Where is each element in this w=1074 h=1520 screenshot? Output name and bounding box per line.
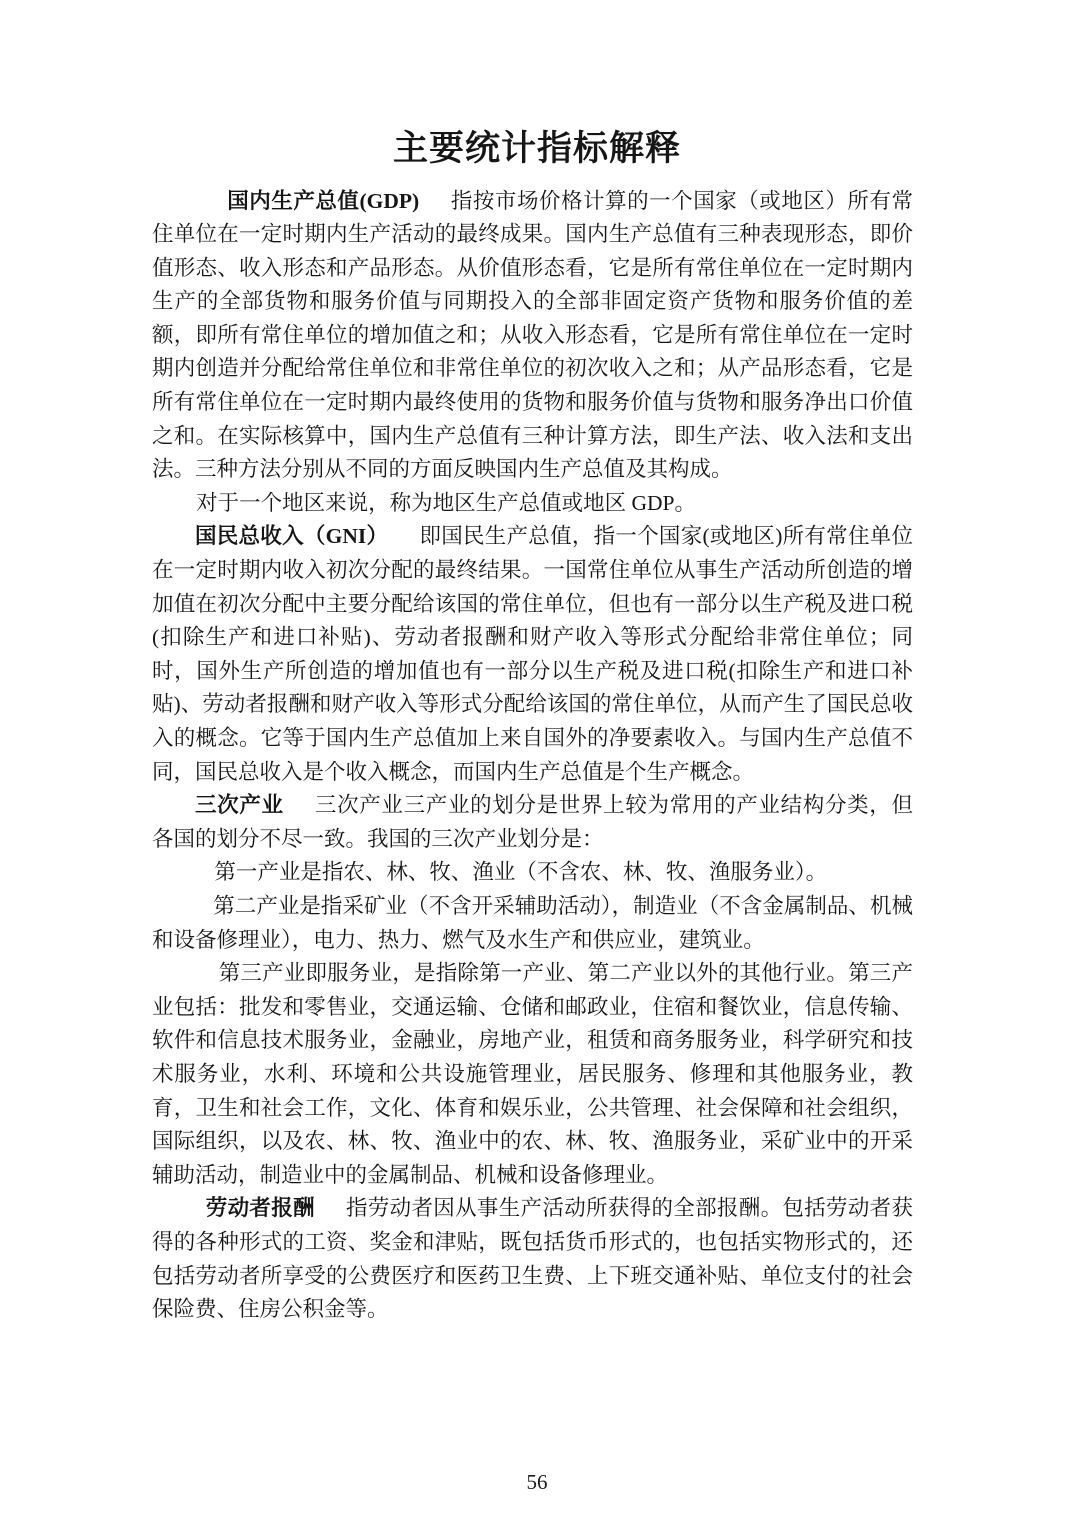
- document-body: 国内生产总值(GDP)指按市场价格计算的一个国家（或地区）所有常住单位在一定时期…: [0, 185, 1074, 1327]
- paragraph-text: 指按市场价格计算的一个国家（或地区）所有常住单位在一定时期内生产活动的最终成果。…: [152, 189, 913, 482]
- term-gni: 国民总收入（GNI）: [195, 524, 388, 548]
- paragraph-secondary-industry: 第二产业是指采矿业（不含开采辅助活动），制造业（不含金属制品、机械和设备修理业）…: [152, 890, 913, 957]
- paragraph-text: 第二产业是指采矿业（不含开采辅助活动），制造业（不含金属制品、机械和设备修理业）…: [152, 894, 913, 952]
- term-gdp: 国内生产总值(GDP): [227, 189, 419, 213]
- term-three-industries: 三次产业: [195, 793, 284, 817]
- paragraph-three-industries: 三次产业三次产业三产业的划分是世界上较为常用的产业结构分类，但各国的划分不尽一致…: [152, 789, 913, 856]
- page-title: 主要统计指标解释: [0, 0, 1074, 172]
- page-number: 56: [0, 1470, 1074, 1495]
- paragraph-text: 第三产业即服务业，是指除第一产业、第二产业以外的其他行业。第三产业包括：批发和零…: [152, 961, 913, 1187]
- paragraph-labor-compensation: 劳动者报酬指劳动者因从事生产活动所获得的全部报酬。包括劳动者获得的各种形式的工资…: [152, 1192, 913, 1326]
- term-labor-compensation: 劳动者报酬: [206, 1196, 315, 1220]
- paragraph-region-gdp: 对于一个地区来说，称为地区生产总值或地区 GDP。: [152, 487, 913, 521]
- document-page: 主要统计指标解释 国内生产总值(GDP)指按市场价格计算的一个国家（或地区）所有…: [0, 0, 1074, 1520]
- paragraph-text: 对于一个地区来说，称为地区生产总值或地区 GDP。: [196, 491, 696, 515]
- paragraph-text: 第一产业是指农、林、牧、渔业（不含农、林、牧、渔服务业）。: [214, 860, 827, 884]
- paragraph-tertiary-industry: 第三产业即服务业，是指除第一产业、第二产业以外的其他行业。第三产业包括：批发和零…: [152, 957, 913, 1192]
- paragraph-gdp: 国内生产总值(GDP)指按市场价格计算的一个国家（或地区）所有常住单位在一定时期…: [152, 185, 913, 487]
- paragraph-gni: 国民总收入（GNI）即国民生产总值，指一个国家(或地区)所有常住单位在一定时期内…: [152, 520, 913, 789]
- paragraph-text: 即国民生产总值，指一个国家(或地区)所有常住单位在一定时期内收入初次分配的最终结…: [152, 524, 913, 783]
- paragraph-primary-industry: 第一产业是指农、林、牧、渔业（不含农、林、牧、渔服务业）。: [152, 856, 913, 890]
